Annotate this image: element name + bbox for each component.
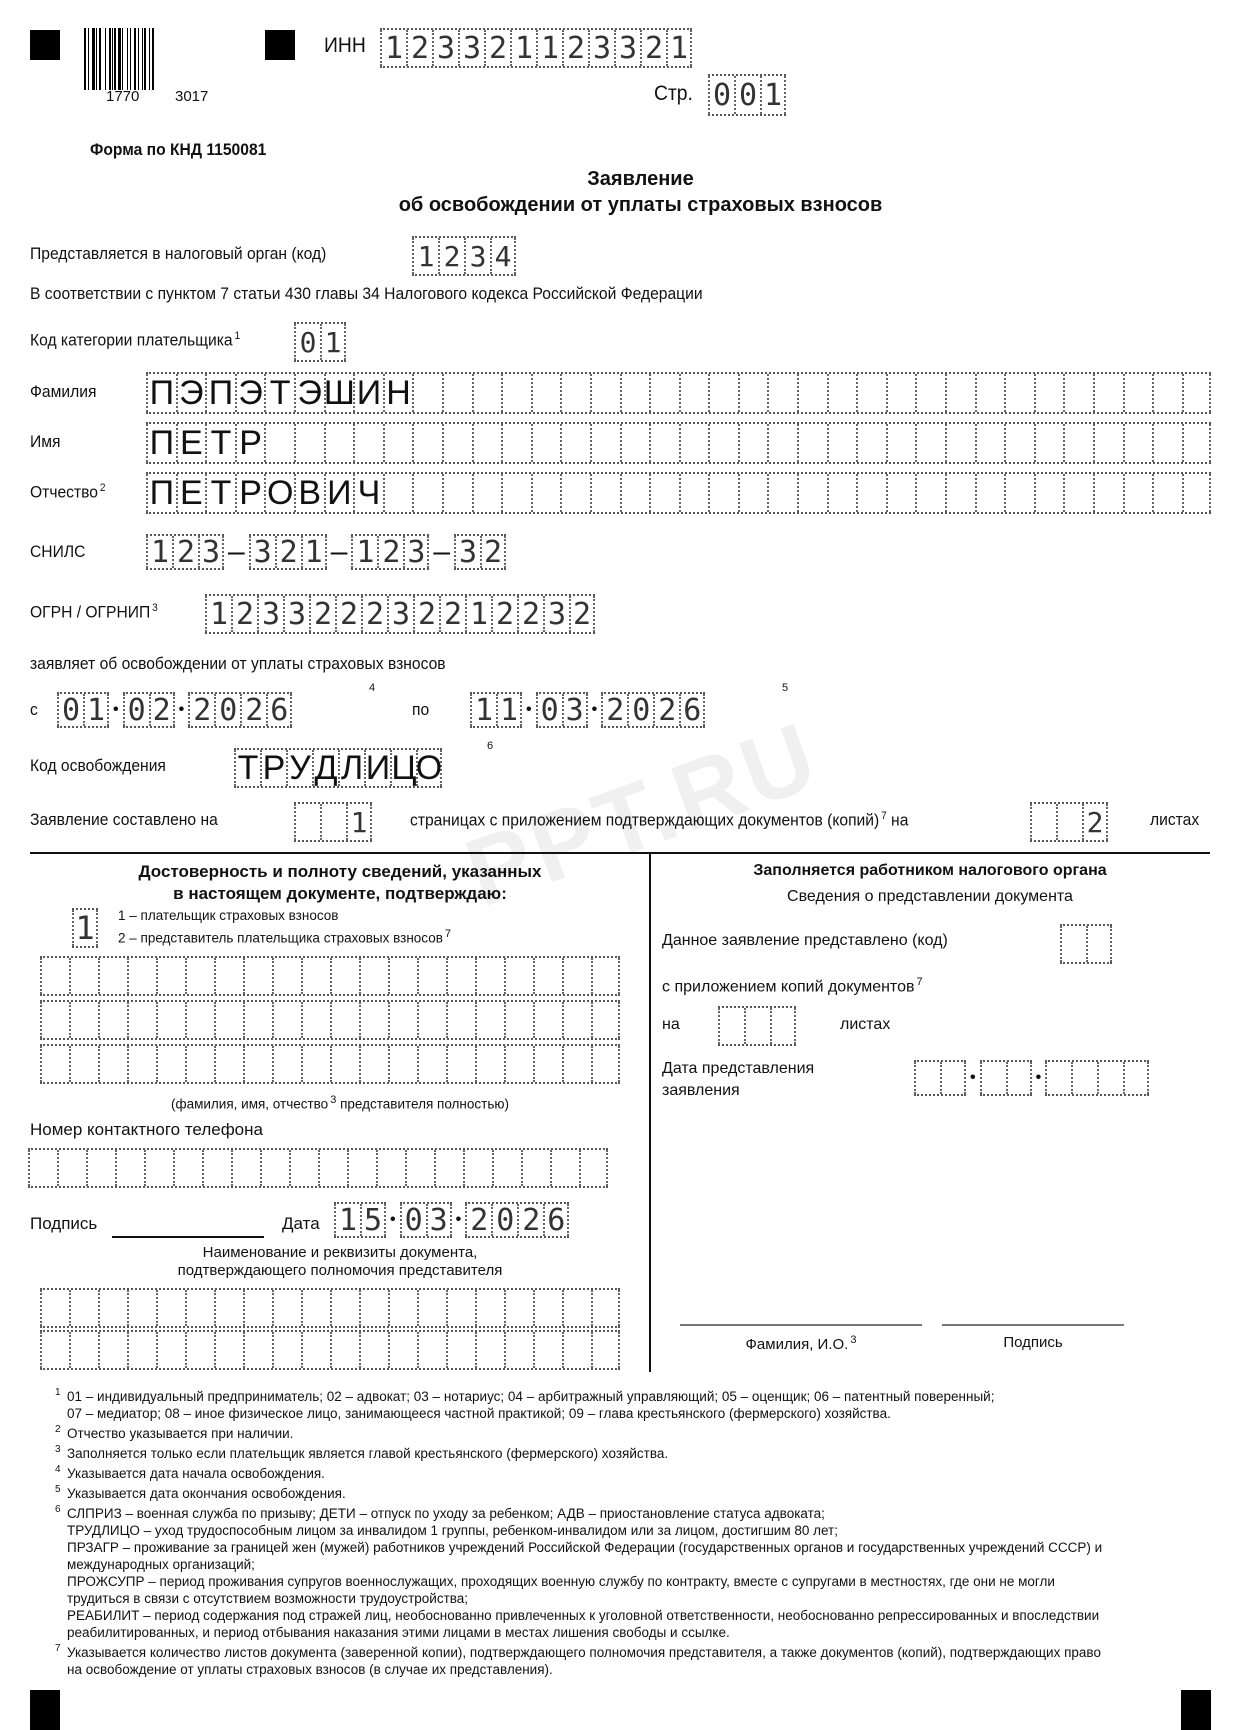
field-cell[interactable] — [945, 424, 975, 462]
field-cell[interactable]: 2 — [1082, 804, 1108, 840]
field-cell[interactable]: 0 — [214, 694, 240, 726]
field-cell[interactable]: 1 — [536, 30, 562, 66]
field-cell[interactable] — [738, 374, 768, 412]
field-cell[interactable] — [1093, 374, 1123, 412]
field-cell[interactable] — [446, 1332, 475, 1368]
field-cell[interactable] — [383, 424, 413, 462]
field-cell[interactable]: Ц — [390, 750, 416, 786]
copies-sheets-field[interactable] — [718, 1006, 796, 1046]
field-cell[interactable] — [1004, 374, 1034, 412]
field-cell[interactable] — [738, 474, 768, 512]
field-cell[interactable] — [915, 424, 945, 462]
field-cell[interactable]: 0 — [57, 694, 83, 726]
field-cell[interactable] — [272, 1332, 301, 1368]
field-cell[interactable]: 2 — [640, 30, 666, 66]
field-cell[interactable] — [475, 1290, 504, 1326]
field-cell[interactable] — [272, 1002, 301, 1038]
field-cell[interactable] — [550, 1150, 579, 1186]
field-cell[interactable] — [1093, 424, 1123, 462]
field-cell[interactable]: 1 — [351, 536, 377, 568]
field-cell[interactable]: Э — [176, 374, 206, 412]
field-cell[interactable] — [231, 1150, 260, 1186]
field-cell[interactable] — [1063, 424, 1093, 462]
field-cell[interactable]: 3 — [283, 596, 309, 632]
field-cell[interactable]: 3 — [198, 536, 224, 568]
field-cell[interactable] — [301, 1290, 330, 1326]
field-cell[interactable] — [446, 1046, 475, 1082]
field-cell[interactable] — [1060, 926, 1086, 962]
field-cell[interactable] — [1123, 474, 1153, 512]
field-cell[interactable]: 2 — [601, 694, 627, 726]
field-cell[interactable] — [562, 1332, 591, 1368]
field-cell[interactable] — [412, 424, 442, 462]
field-cell[interactable] — [915, 374, 945, 412]
field-cell[interactable]: 0 — [491, 1204, 517, 1236]
field-cell[interactable] — [417, 1046, 446, 1082]
field-group[interactable]: 2026 — [465, 1202, 569, 1238]
field-cell[interactable] — [243, 1002, 272, 1038]
field-cell[interactable] — [504, 1046, 533, 1082]
field-cell[interactable] — [1123, 1062, 1149, 1094]
field-cell[interactable]: Э — [235, 374, 265, 412]
field-group[interactable]: 123 — [351, 534, 429, 570]
field-cell[interactable]: Т — [205, 474, 235, 512]
field-cell[interactable] — [886, 424, 916, 462]
field-cell[interactable] — [492, 1150, 521, 1186]
field-cell[interactable]: 4 — [490, 238, 516, 274]
doc-details-row-1[interactable] — [40, 1288, 620, 1328]
field-cell[interactable] — [330, 1002, 359, 1038]
field-cell[interactable]: 1 — [334, 1204, 360, 1236]
field-cell[interactable] — [591, 958, 620, 994]
field-cell[interactable]: 0 — [536, 694, 562, 726]
field-cell[interactable] — [590, 374, 620, 412]
field-cell[interactable] — [1182, 374, 1212, 412]
field-cell[interactable] — [359, 1290, 388, 1326]
field-cell[interactable]: Т — [205, 424, 235, 462]
field-group[interactable]: 02 — [123, 692, 175, 728]
field-cell[interactable] — [359, 958, 388, 994]
field-cell[interactable]: Ш — [324, 374, 354, 412]
field-cell[interactable]: Т — [264, 374, 294, 412]
field-cell[interactable] — [620, 474, 650, 512]
field-cell[interactable] — [649, 424, 679, 462]
field-cell[interactable] — [1063, 474, 1093, 512]
field-cell[interactable]: 2 — [149, 694, 175, 726]
field-cell[interactable] — [243, 1290, 272, 1326]
field-cell[interactable]: 0 — [123, 694, 149, 726]
field-cell[interactable] — [533, 1046, 562, 1082]
field-cell[interactable]: 3 — [458, 30, 484, 66]
field-cell[interactable] — [417, 1002, 446, 1038]
field-cell[interactable] — [1071, 1062, 1097, 1094]
field-group[interactable]: 11 — [470, 692, 522, 728]
field-cell[interactable]: О — [416, 750, 442, 786]
field-cell[interactable] — [827, 474, 857, 512]
field-cell[interactable]: У — [286, 750, 312, 786]
field-cell[interactable]: 1 — [346, 804, 372, 840]
field-cell[interactable] — [463, 1150, 492, 1186]
field-cell[interactable] — [531, 424, 561, 462]
field-cell[interactable]: 1 — [146, 536, 172, 568]
field-cell[interactable] — [1004, 424, 1034, 462]
field-cell[interactable] — [504, 1002, 533, 1038]
field-cell[interactable] — [376, 1150, 405, 1186]
field-cell[interactable]: 1 — [320, 324, 346, 360]
field-cell[interactable] — [797, 374, 827, 412]
field-cell[interactable]: 1 — [412, 238, 438, 274]
field-cell[interactable]: Р — [260, 750, 286, 786]
field-cell[interactable] — [940, 1062, 966, 1094]
representative-name-row-2[interactable] — [40, 1000, 620, 1040]
field-cell[interactable]: 5 — [360, 1204, 386, 1236]
field-cell[interactable] — [767, 474, 797, 512]
field-cell[interactable] — [591, 1332, 620, 1368]
field-cell[interactable] — [620, 374, 650, 412]
field-cell[interactable] — [214, 1290, 243, 1326]
field-cell[interactable] — [185, 1046, 214, 1082]
field-cell[interactable] — [501, 424, 531, 462]
field-cell[interactable] — [301, 1332, 330, 1368]
signer-type-field[interactable]: 1 — [72, 908, 98, 948]
from-date-field[interactable]: 01•02•2026 — [57, 692, 292, 728]
field-cell[interactable] — [388, 1046, 417, 1082]
field-cell[interactable]: 2 — [484, 30, 510, 66]
field-cell[interactable]: 1 — [465, 596, 491, 632]
field-cell[interactable] — [1086, 926, 1112, 962]
field-cell[interactable] — [718, 1008, 744, 1044]
field-cell[interactable] — [442, 374, 472, 412]
field-cell[interactable] — [1097, 1062, 1123, 1094]
field-cell[interactable] — [521, 1150, 550, 1186]
field-cell[interactable]: 3 — [387, 596, 413, 632]
field-cell[interactable]: П — [146, 474, 176, 512]
field-group[interactable]: 2026 — [601, 692, 705, 728]
field-cell[interactable]: 1 — [496, 694, 522, 726]
field-cell[interactable]: Н — [383, 374, 413, 412]
field-cell[interactable]: 2 — [439, 596, 465, 632]
field-cell[interactable] — [127, 1046, 156, 1082]
field-cell[interactable] — [156, 1002, 185, 1038]
field-cell[interactable]: 3 — [464, 238, 490, 274]
field-group[interactable] — [1045, 1060, 1149, 1096]
field-cell[interactable]: 2 — [517, 1204, 543, 1236]
field-cell[interactable] — [945, 374, 975, 412]
field-cell[interactable] — [1152, 474, 1182, 512]
field-cell[interactable] — [504, 1290, 533, 1326]
field-cell[interactable]: 1 — [301, 536, 327, 568]
field-cell[interactable] — [679, 474, 709, 512]
field-cell[interactable]: 2 — [569, 596, 595, 632]
field-cell[interactable] — [69, 958, 98, 994]
field-cell[interactable] — [591, 1046, 620, 1082]
field-cell[interactable] — [560, 474, 590, 512]
field-cell[interactable] — [475, 1046, 504, 1082]
field-cell[interactable]: 0 — [734, 76, 760, 114]
field-cell[interactable]: 3 — [588, 30, 614, 66]
field-cell[interactable]: 2 — [653, 694, 679, 726]
field-cell[interactable]: 2 — [361, 596, 387, 632]
field-cell[interactable] — [40, 1046, 69, 1082]
field-cell[interactable]: О — [264, 474, 294, 512]
field-group[interactable]: 03 — [536, 692, 588, 728]
field-cell[interactable]: 2 — [562, 30, 588, 66]
field-cell[interactable] — [1182, 474, 1212, 512]
field-cell[interactable] — [383, 474, 413, 512]
field-cell[interactable] — [533, 958, 562, 994]
field-cell[interactable]: Е — [176, 424, 206, 462]
field-cell[interactable] — [318, 1150, 347, 1186]
field-cell[interactable] — [330, 1046, 359, 1082]
sheets-count-field[interactable]: 2 — [1030, 802, 1108, 842]
field-cell[interactable]: 2 — [231, 596, 257, 632]
field-cell[interactable]: Э — [294, 374, 324, 412]
field-cell[interactable] — [330, 958, 359, 994]
field-cell[interactable]: 6 — [679, 694, 705, 726]
field-cell[interactable] — [1034, 424, 1064, 462]
field-cell[interactable] — [69, 1290, 98, 1326]
field-cell[interactable] — [86, 1150, 115, 1186]
field-cell[interactable] — [562, 1290, 591, 1326]
field-cell[interactable]: П — [205, 374, 235, 412]
field-cell[interactable] — [185, 1002, 214, 1038]
payer-category-field[interactable]: 01 — [294, 322, 346, 362]
field-cell[interactable] — [127, 1332, 156, 1368]
field-cell[interactable] — [620, 424, 650, 462]
field-cell[interactable] — [708, 424, 738, 462]
field-cell[interactable]: 2 — [188, 694, 214, 726]
field-cell[interactable] — [98, 1290, 127, 1326]
field-cell[interactable] — [827, 424, 857, 462]
field-cell[interactable] — [412, 474, 442, 512]
field-cell[interactable]: Е — [176, 474, 206, 512]
field-cell[interactable] — [708, 374, 738, 412]
field-cell[interactable] — [533, 1002, 562, 1038]
field-cell[interactable] — [1006, 1062, 1032, 1094]
field-cell[interactable] — [886, 374, 916, 412]
field-cell[interactable]: 6 — [543, 1204, 569, 1236]
field-cell[interactable] — [214, 1002, 243, 1038]
field-cell[interactable] — [579, 1150, 608, 1186]
field-cell[interactable]: Л — [338, 750, 364, 786]
field-cell[interactable] — [560, 424, 590, 462]
field-cell[interactable] — [475, 1332, 504, 1368]
field-cell[interactable] — [301, 958, 330, 994]
field-cell[interactable] — [649, 374, 679, 412]
field-cell[interactable]: 3 — [543, 596, 569, 632]
inn-field[interactable]: 123321123321 — [380, 28, 692, 68]
field-cell[interactable] — [1182, 424, 1212, 462]
field-cell[interactable] — [446, 958, 475, 994]
field-cell[interactable]: 2 — [413, 596, 439, 632]
field-cell[interactable] — [388, 1002, 417, 1038]
field-cell[interactable] — [1152, 424, 1182, 462]
field-cell[interactable] — [243, 1332, 272, 1368]
field-cell[interactable] — [388, 1332, 417, 1368]
field-cell[interactable]: 1 — [666, 30, 692, 66]
field-cell[interactable] — [202, 1150, 231, 1186]
field-cell[interactable]: 2 — [517, 596, 543, 632]
field-cell[interactable] — [1152, 374, 1182, 412]
field-cell[interactable]: 1 — [470, 694, 496, 726]
field-cell[interactable]: Р — [235, 474, 265, 512]
field-cell[interactable]: П — [146, 424, 176, 462]
field-cell[interactable]: 1 — [205, 596, 231, 632]
field-cell[interactable]: 2 — [172, 536, 198, 568]
field-cell[interactable] — [562, 958, 591, 994]
field-cell[interactable]: 2 — [491, 596, 517, 632]
field-cell[interactable] — [590, 474, 620, 512]
field-cell[interactable] — [915, 474, 945, 512]
field-cell[interactable] — [260, 1150, 289, 1186]
field-group[interactable] — [980, 1060, 1032, 1096]
field-cell[interactable] — [294, 804, 320, 840]
field-cell[interactable] — [417, 1332, 446, 1368]
field-cell[interactable] — [856, 374, 886, 412]
field-group[interactable]: 2026 — [188, 692, 292, 728]
representative-name-row-3[interactable] — [40, 1044, 620, 1084]
field-cell[interactable] — [797, 474, 827, 512]
field-cell[interactable] — [127, 1002, 156, 1038]
field-cell[interactable]: 1 — [83, 694, 109, 726]
field-cell[interactable] — [40, 1290, 69, 1326]
field-cell[interactable] — [856, 474, 886, 512]
field-cell[interactable] — [289, 1150, 318, 1186]
field-cell[interactable]: 3 — [403, 536, 429, 568]
representative-name-row-1[interactable] — [40, 956, 620, 996]
field-cell[interactable] — [679, 424, 709, 462]
field-cell[interactable] — [1093, 474, 1123, 512]
field-cell[interactable] — [472, 374, 502, 412]
field-cell[interactable] — [472, 474, 502, 512]
field-cell[interactable] — [591, 1290, 620, 1326]
field-cell[interactable] — [980, 1062, 1006, 1094]
field-cell[interactable] — [301, 1046, 330, 1082]
doc-details-row-2[interactable] — [40, 1330, 620, 1370]
to-date-field[interactable]: 11•03•2026 — [470, 692, 705, 728]
ogrn-field[interactable]: 123322232212232 — [205, 594, 595, 634]
field-cell[interactable]: 3 — [614, 30, 640, 66]
field-cell[interactable]: Ч — [353, 474, 383, 512]
field-cell[interactable] — [243, 958, 272, 994]
field-cell[interactable] — [767, 424, 797, 462]
field-cell[interactable] — [115, 1150, 144, 1186]
field-cell[interactable]: 0 — [627, 694, 653, 726]
field-cell[interactable] — [770, 1008, 796, 1044]
name-field[interactable]: ПЕТР — [146, 422, 1211, 464]
field-cell[interactable] — [504, 958, 533, 994]
field-cell[interactable] — [359, 1046, 388, 1082]
field-cell[interactable]: И — [353, 374, 383, 412]
field-cell[interactable]: 1 — [760, 76, 786, 114]
field-cell[interactable] — [1034, 374, 1064, 412]
field-cell[interactable] — [40, 958, 69, 994]
field-cell[interactable] — [679, 374, 709, 412]
field-cell[interactable] — [69, 1332, 98, 1368]
field-cell[interactable] — [531, 374, 561, 412]
field-cell[interactable] — [388, 958, 417, 994]
field-cell[interactable] — [560, 374, 590, 412]
field-cell[interactable]: 2 — [335, 596, 361, 632]
field-cell[interactable] — [1045, 1062, 1071, 1094]
field-cell[interactable] — [185, 1332, 214, 1368]
field-cell[interactable] — [442, 474, 472, 512]
fio-line[interactable] — [680, 1324, 922, 1326]
field-cell[interactable] — [475, 958, 504, 994]
field-cell[interactable] — [1123, 424, 1153, 462]
field-cell[interactable] — [562, 1046, 591, 1082]
field-cell[interactable] — [590, 424, 620, 462]
field-cell[interactable] — [330, 1290, 359, 1326]
officer-signature-line[interactable] — [942, 1324, 1124, 1326]
field-cell[interactable] — [294, 424, 324, 462]
field-cell[interactable] — [185, 958, 214, 994]
field-group[interactable]: 123 — [146, 534, 224, 570]
field-cell[interactable] — [127, 1290, 156, 1326]
field-cell[interactable] — [738, 424, 768, 462]
field-cell[interactable] — [272, 1046, 301, 1082]
field-cell[interactable] — [156, 958, 185, 994]
field-cell[interactable] — [797, 424, 827, 462]
sign-date-field[interactable]: 15•03•2026 — [334, 1202, 569, 1238]
field-cell[interactable] — [533, 1332, 562, 1368]
field-cell[interactable] — [156, 1046, 185, 1082]
field-cell[interactable] — [57, 1150, 86, 1186]
field-cell[interactable] — [1056, 804, 1082, 840]
field-cell[interactable]: Р — [235, 424, 265, 462]
field-cell[interactable] — [945, 474, 975, 512]
field-cell[interactable]: И — [364, 750, 390, 786]
submission-date-field[interactable]: •• — [914, 1060, 1149, 1096]
field-cell[interactable] — [442, 424, 472, 462]
field-cell[interactable] — [359, 1002, 388, 1038]
field-cell[interactable] — [40, 1332, 69, 1368]
field-cell[interactable] — [40, 1002, 69, 1038]
exemption-code-field[interactable]: ТРУДЛИЦО — [234, 748, 442, 788]
field-cell[interactable]: Д — [312, 750, 338, 786]
field-cell[interactable] — [301, 1002, 330, 1038]
field-cell[interactable] — [501, 474, 531, 512]
field-cell[interactable] — [359, 1332, 388, 1368]
field-cell[interactable]: 2 — [240, 694, 266, 726]
field-cell[interactable] — [975, 474, 1005, 512]
field-cell[interactable] — [320, 804, 346, 840]
field-cell[interactable] — [434, 1150, 463, 1186]
field-cell[interactable] — [417, 1290, 446, 1326]
field-cell[interactable]: 1 — [510, 30, 536, 66]
field-cell[interactable]: 0 — [294, 324, 320, 360]
field-cell[interactable] — [243, 1046, 272, 1082]
patronymic-field[interactable]: ПЕТРОВИЧ — [146, 472, 1211, 514]
field-cell[interactable] — [417, 958, 446, 994]
field-cell[interactable] — [264, 424, 294, 462]
field-cell[interactable] — [214, 1046, 243, 1082]
field-cell[interactable] — [412, 374, 442, 412]
field-cell[interactable] — [98, 958, 127, 994]
field-cell[interactable] — [501, 374, 531, 412]
field-cell[interactable]: 6 — [266, 694, 292, 726]
field-cell[interactable] — [827, 374, 857, 412]
pages-count-field[interactable]: 1 — [294, 802, 372, 842]
field-cell[interactable] — [127, 958, 156, 994]
field-group[interactable]: 321 — [249, 534, 327, 570]
field-cell[interactable]: 2 — [438, 238, 464, 274]
field-cell[interactable]: 2 — [465, 1204, 491, 1236]
field-cell[interactable] — [272, 958, 301, 994]
field-cell[interactable] — [1123, 374, 1153, 412]
field-cell[interactable]: 0 — [708, 76, 734, 114]
field-cell[interactable] — [708, 474, 738, 512]
